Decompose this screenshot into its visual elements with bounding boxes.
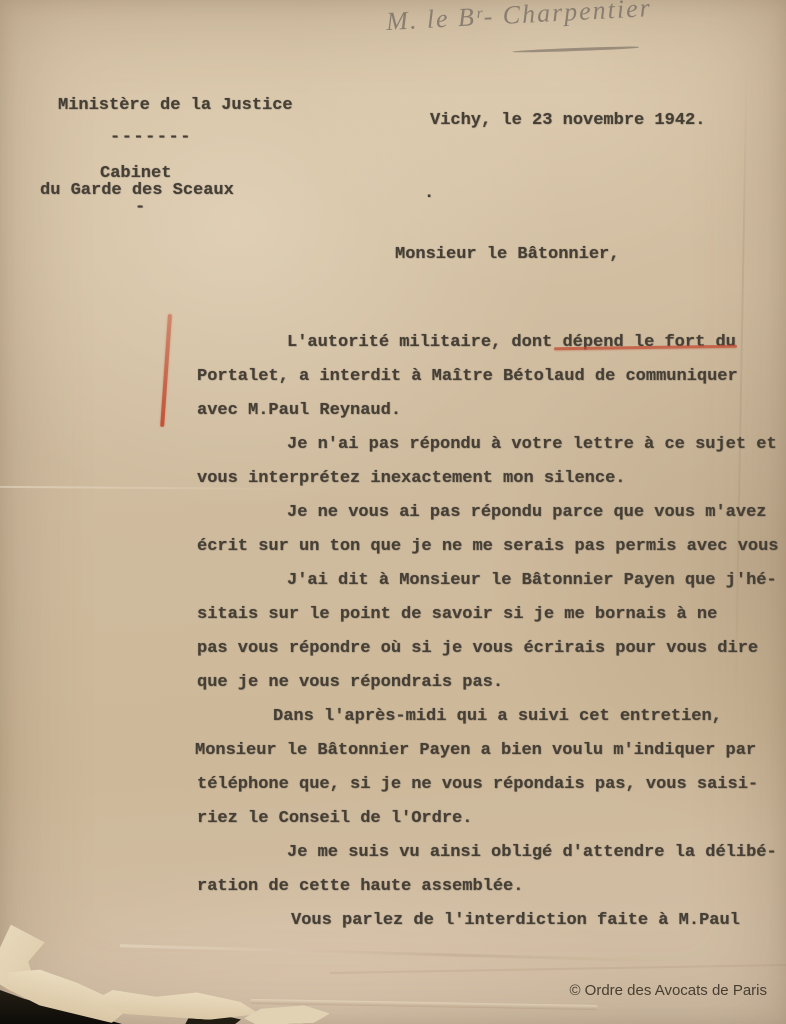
letter-line: riez le Conseil de l'Ordre. — [197, 802, 783, 836]
letter-line: sitais sur le point de savoir si je me b… — [197, 598, 783, 632]
paper-crease — [330, 964, 786, 974]
letter-line: pas vous répondre où si je vous écrirais… — [197, 632, 783, 666]
letter-line: vous interprétez inexactement mon silenc… — [197, 462, 783, 496]
stray-period-mark: . — [424, 184, 434, 203]
letter-line: Je ne vous ai pas répondu parce que vous… — [197, 496, 783, 530]
dateline: Vichy, le 23 novembre 1942. — [430, 111, 705, 130]
paper-crease — [120, 944, 680, 963]
letter-line: Je me suis vu ainsi obligé d'attendre la… — [197, 836, 783, 870]
letterhead-rule: ------- — [110, 128, 192, 147]
red-underlined-text: dépend le fort du — [562, 333, 735, 352]
torn-paper-fragment — [244, 1005, 331, 1024]
letter-line: écrit sur un ton que je ne me serais pas… — [197, 530, 783, 564]
letter-line: L'autorité militaire, dont dépend le for… — [197, 326, 783, 360]
letterhead-ministry: Ministère de la Justice — [58, 96, 293, 115]
copyright-credit: © Ordre des Avocats de Paris — [569, 982, 767, 999]
letter-line: ration de cette haute assemblée. — [197, 870, 783, 904]
salutation: Monsieur le Bâtonnier, — [395, 245, 619, 264]
letter-line: Monsieur le Bâtonnier Payen a bien voulu… — [195, 734, 783, 768]
letter-line: Portalet, a interdit à Maître Bétolaud d… — [197, 360, 783, 394]
letter-line-text: L'autorité militaire, dont — [287, 333, 562, 352]
handwritten-underline-stroke — [512, 46, 639, 53]
letter-line: téléphone que, si je ne vous répondais p… — [197, 768, 783, 802]
letterhead-rule-small: - — [135, 198, 145, 217]
letter-line: Vous parlez de l'interdiction faite à M.… — [197, 904, 783, 938]
handwritten-annotation: M. le Bʳ- Charpentier — [385, 0, 652, 37]
letter-line: Je n'ai pas répondu à votre lettre à ce … — [197, 428, 783, 462]
letter-line: J'ai dit à Monsieur le Bâtonnier Payen q… — [197, 564, 783, 598]
letter-body: L'autorité militaire, dont dépend le for… — [197, 326, 783, 938]
letter-photograph: M. le Bʳ- Charpentier Ministère de la Ju… — [0, 0, 786, 1024]
letter-line: Dans l'après-midi qui a suivi cet entret… — [197, 700, 783, 734]
red-margin-line — [160, 314, 172, 427]
letter-line: avec M.Paul Reynaud. — [197, 394, 783, 428]
letter-line: que je ne vous répondrais pas. — [197, 666, 783, 700]
